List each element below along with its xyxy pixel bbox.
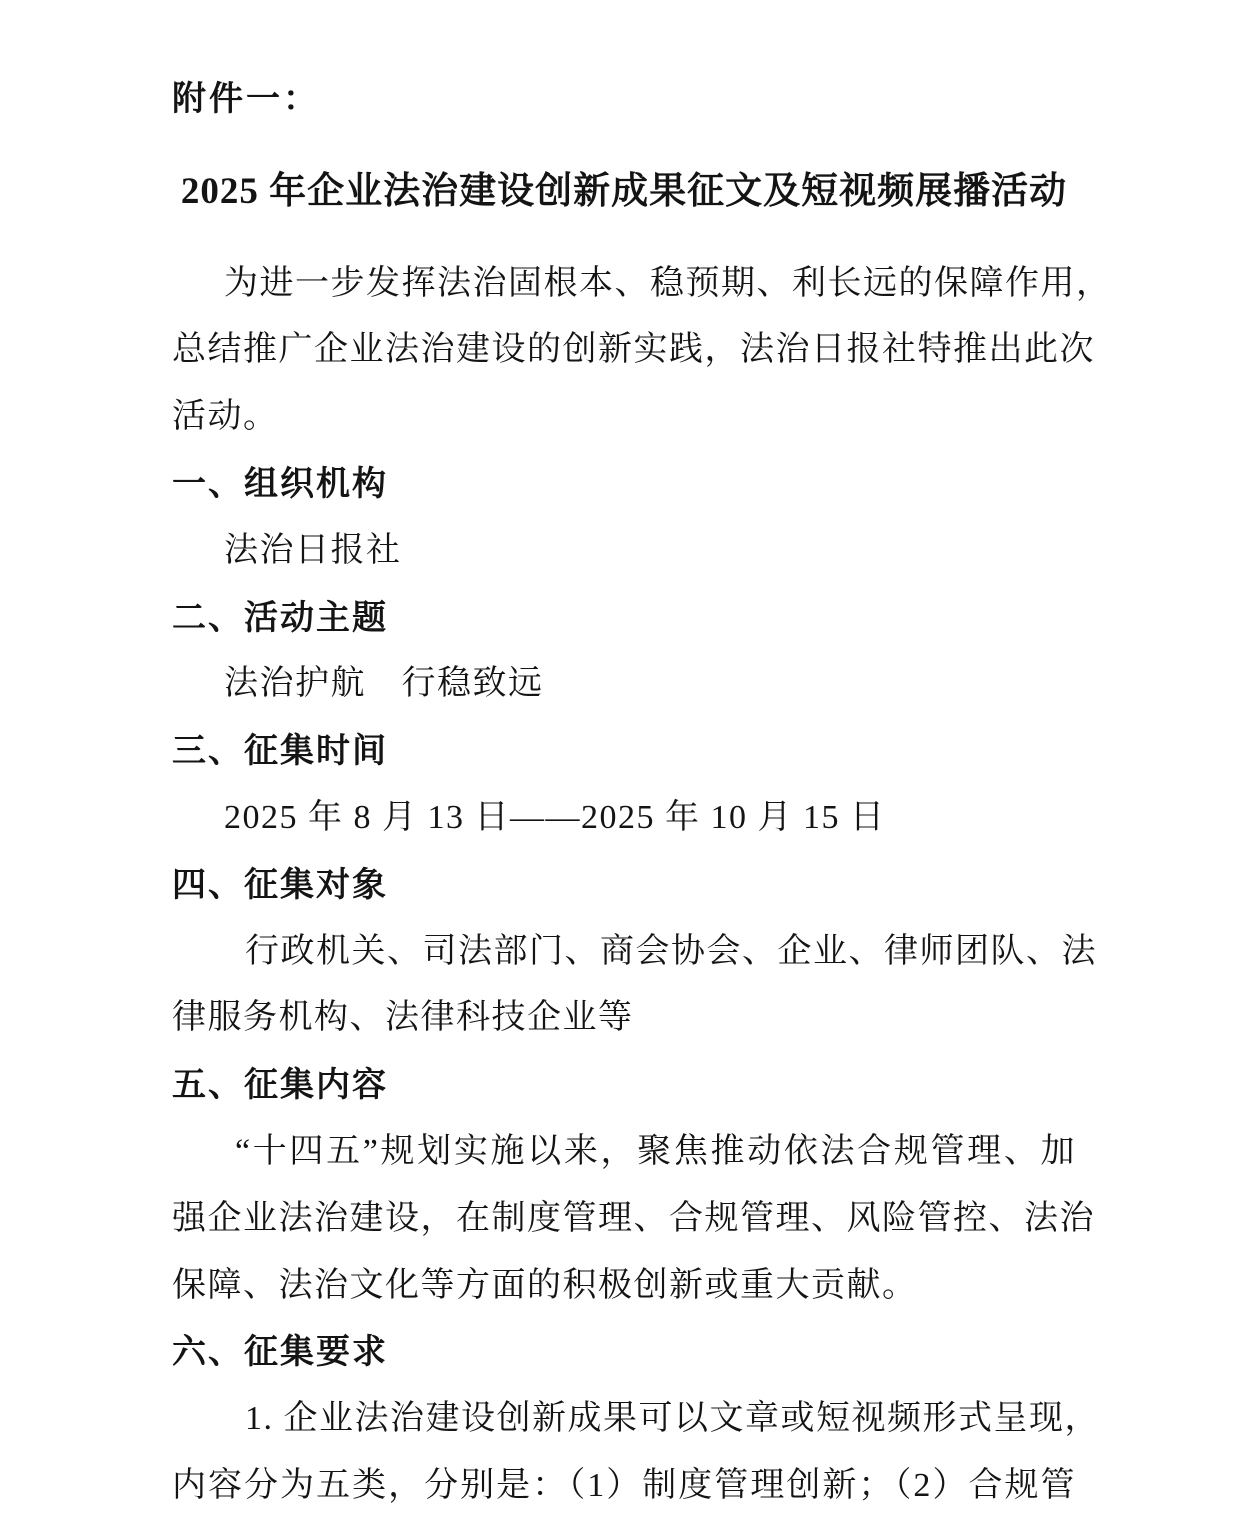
- content-line-3: 保障、法治文化等方面的积极创新或重大贡献。: [172, 1253, 1076, 1320]
- section-heading-content: 五、征集内容: [172, 1052, 1076, 1119]
- section-heading-requirements: 六、征集要求: [172, 1319, 1076, 1386]
- section-heading-organizer: 一、组织机构: [172, 451, 1076, 518]
- period-line: 2025 年 8 月 13 日——2025 年 10 月 15 日: [172, 785, 1076, 852]
- document-title: 2025 年企业法治建设创新成果征文及短视频展播活动: [172, 159, 1076, 226]
- organizer-line: 法治日报社: [172, 518, 1076, 585]
- document-page: 附件一： 2025 年企业法治建设创新成果征文及短视频展播活动 为进一步发挥法治…: [0, 0, 1248, 1521]
- intro-line-2: 总结推广企业法治建设的创新实践，法治日报社特推出此次: [172, 317, 1076, 384]
- content-line-2: 强企业法治建设，在制度管理、合规管理、风险管控、法治: [172, 1186, 1076, 1253]
- document-body: 附件一： 2025 年企业法治建设创新成果征文及短视频展播活动 为进一步发挥法治…: [0, 0, 1248, 1520]
- section-heading-targets: 四、征集对象: [172, 852, 1076, 919]
- attachment-label: 附件一：: [172, 66, 1076, 133]
- intro-line-3: 活动。: [172, 384, 1076, 451]
- section-heading-theme: 二、活动主题: [172, 585, 1076, 652]
- requirements-line-1: 1. 企业法治建设创新成果可以文章或短视频形式呈现，: [172, 1386, 1076, 1453]
- theme-line: 法治护航 行稳致远: [172, 651, 1076, 718]
- section-heading-period: 三、征集时间: [172, 718, 1076, 785]
- content-line-1: “十四五”规划实施以来，聚焦推动依法合规管理、加: [172, 1119, 1076, 1186]
- targets-line-2: 律服务机构、法律科技企业等: [172, 985, 1076, 1052]
- intro-line-1: 为进一步发挥法治固根本、稳预期、利长远的保障作用，: [172, 251, 1076, 318]
- targets-line-1: 行政机关、司法部门、商会协会、企业、律师团队、法: [172, 919, 1076, 986]
- requirements-line-2: 内容分为五类，分别是：（1）制度管理创新；（2）合规管: [172, 1453, 1076, 1520]
